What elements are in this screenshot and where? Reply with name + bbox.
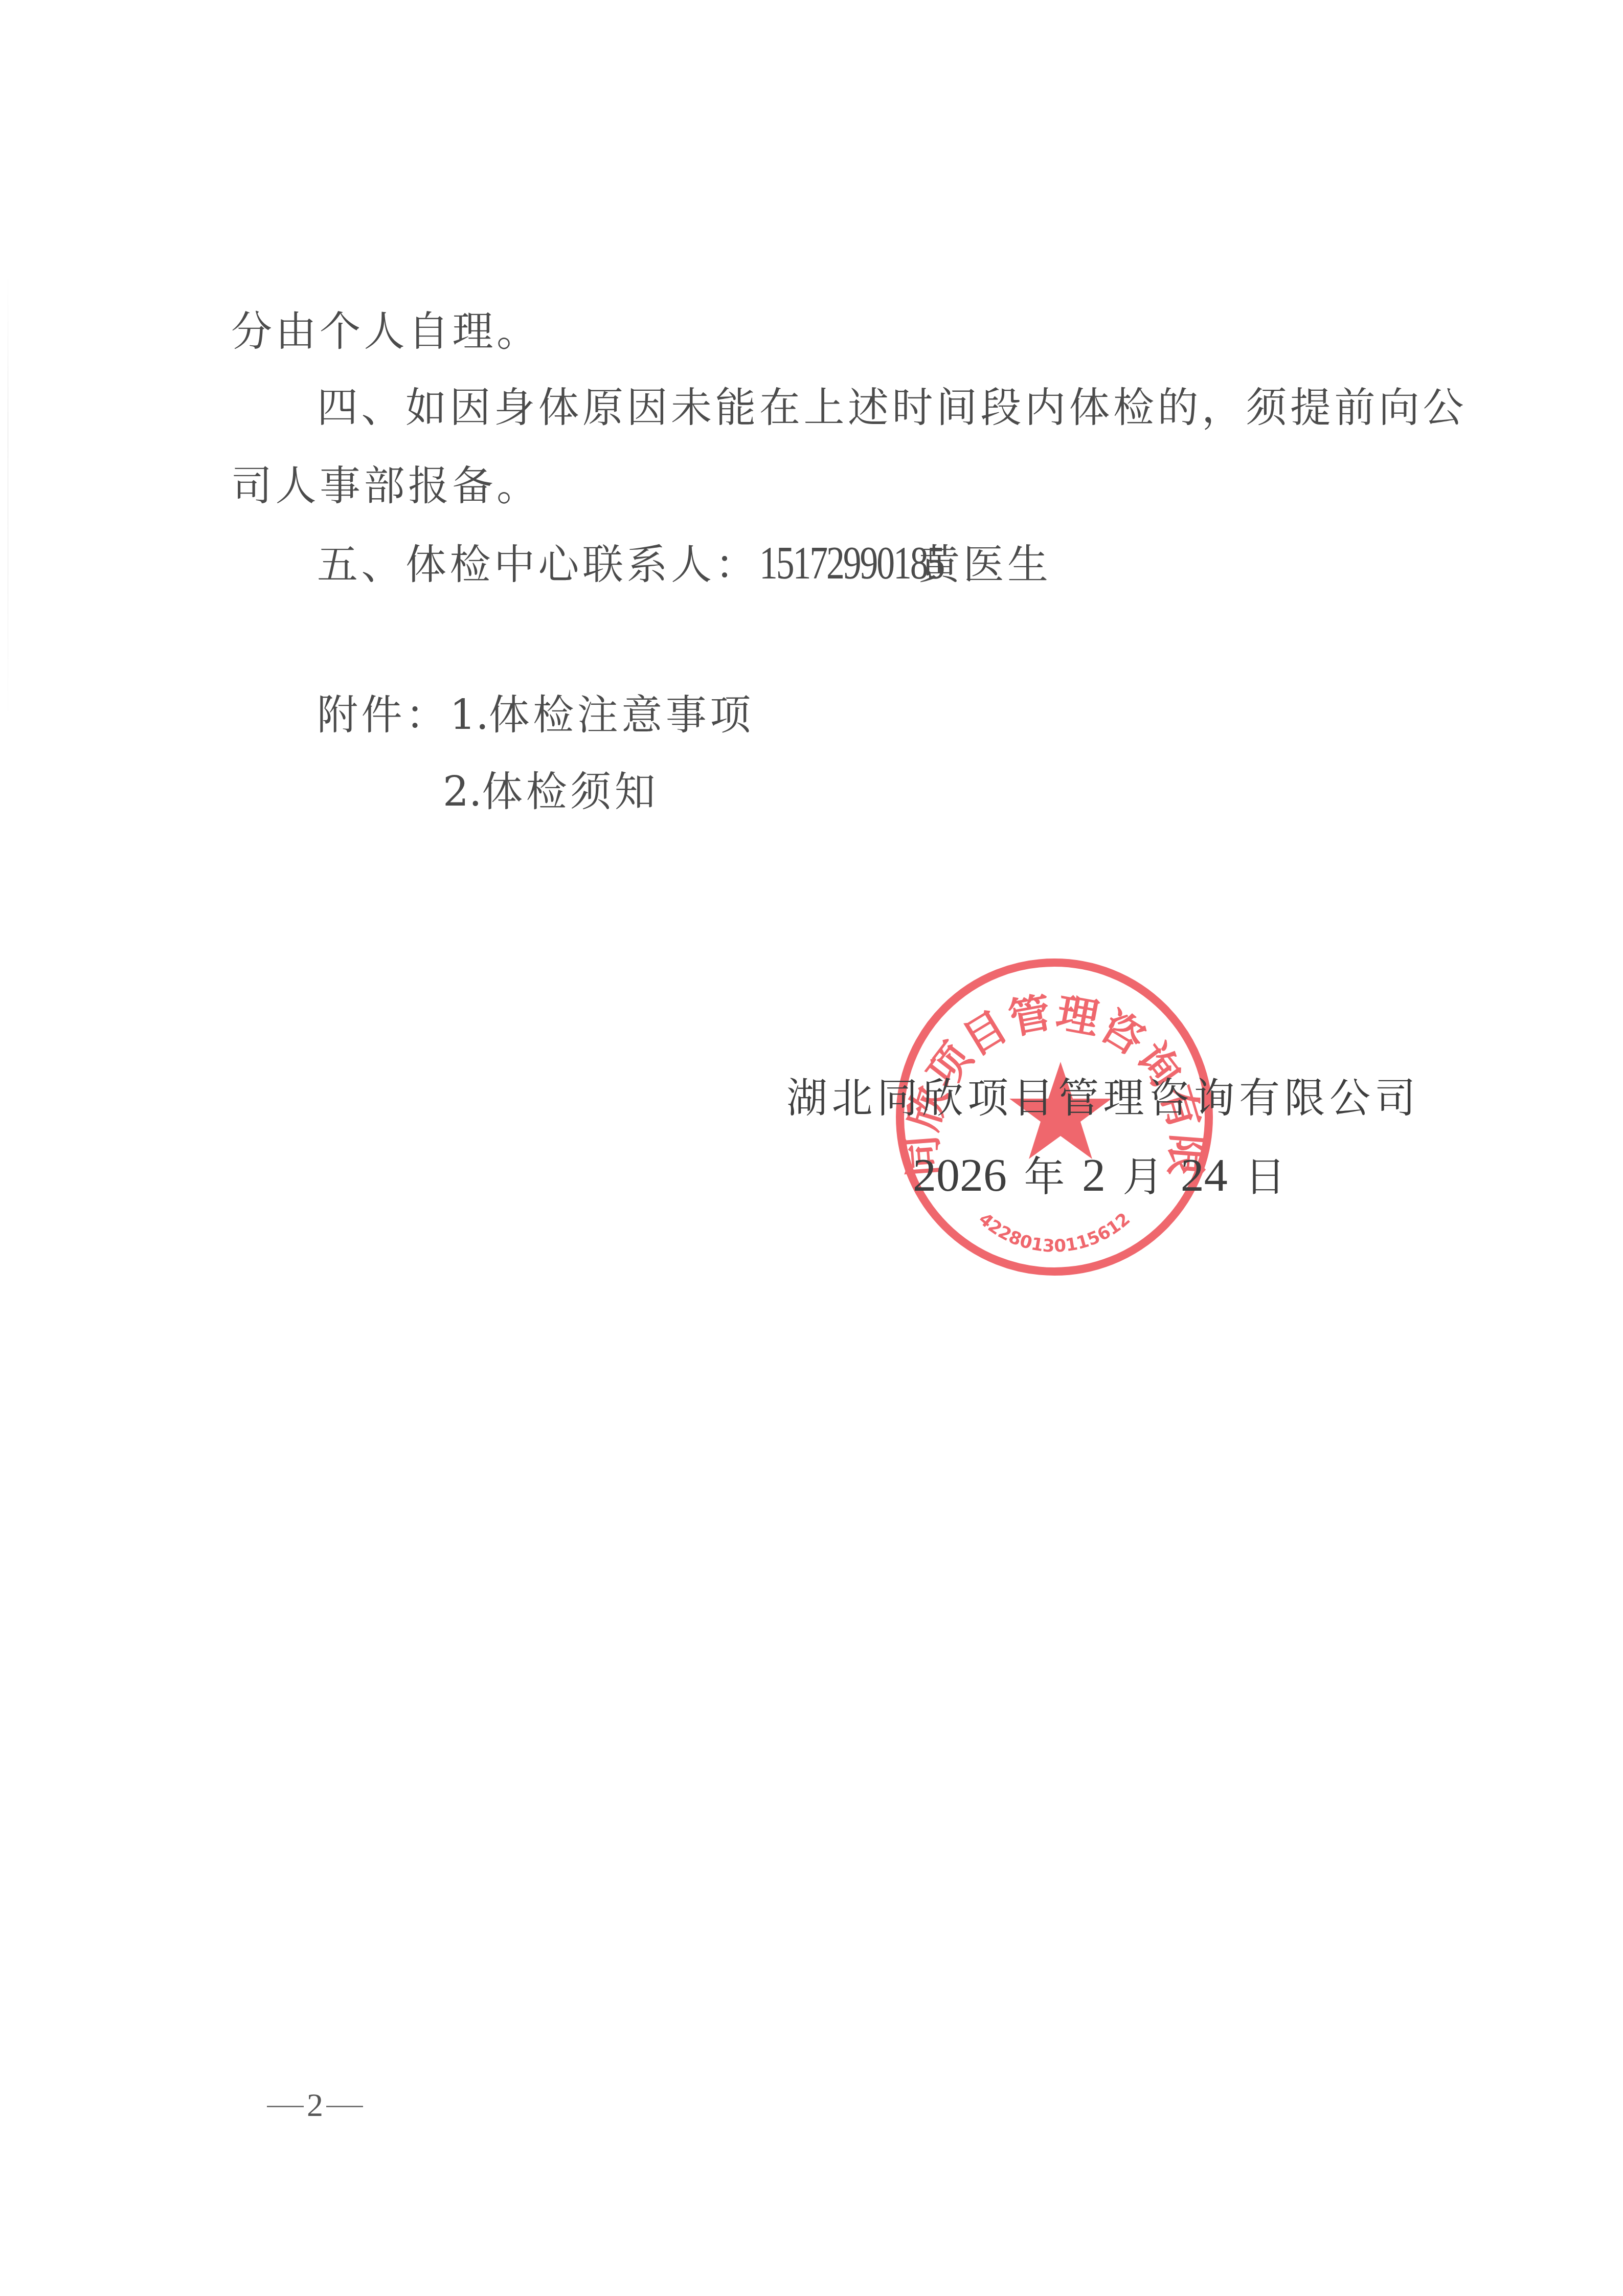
scan-edge-artifact: [7, 266, 9, 726]
paragraph-item-4-cont: 司人事部报备。: [231, 460, 541, 511]
date-month-unit: 月: [1122, 1153, 1163, 1200]
svg-text:42280130115612: 42280130115612: [975, 1209, 1134, 1256]
attachment-1: 附件：1.体检注意事项: [317, 689, 754, 741]
attachment-2: 2.体检须知: [443, 766, 659, 817]
contact-phone: 15172990185: [759, 537, 943, 588]
svg-text:湖北同欣项目管理咨询有限公司: 湖北同欣项目管理咨询有限公司: [891, 953, 1211, 1179]
signature-organization: 湖北同欣项目管理咨询有限公司: [786, 1073, 1420, 1124]
date-day: 24: [1181, 1149, 1228, 1201]
page-number-value: 2: [304, 2090, 326, 2121]
paragraph-text: 四、如因身体原因未能在上述时间段内体检的，须提前向公: [317, 384, 1467, 431]
attachment-title: 体检须知: [482, 768, 659, 815]
date-day-unit: 日: [1245, 1153, 1286, 1200]
paragraph-continuation: 分由个人自理。: [231, 306, 541, 357]
date-month: 2: [1082, 1149, 1106, 1201]
contact-label: 五、体检中心联系人：: [317, 541, 759, 588]
date-year: 2026: [913, 1149, 1007, 1201]
attachment-number: 2.: [443, 768, 482, 815]
paragraph-text: 分由个人自理。: [231, 307, 541, 355]
paragraph-item-5: 五、体检中心联系人：15172990185黄医生: [317, 537, 1052, 590]
date-year-unit: 年: [1024, 1153, 1065, 1200]
paragraph-item-4: 四、如因身体原因未能在上述时间段内体检的，须提前向公: [317, 382, 1467, 433]
page-number-dash-left: [267, 2106, 304, 2107]
page-number-dash-right: [326, 2106, 363, 2107]
attachments-label: 附件：: [317, 691, 450, 739]
paragraph-text: 司人事部报备。: [231, 462, 541, 509]
organization-name: 湖北同欣项目管理咨询有限公司: [786, 1074, 1420, 1122]
signature-date: 2026 年 2 月 24 日: [913, 1149, 1286, 1202]
attachment-title: 体检注意事项: [489, 691, 754, 739]
attachment-number: 1.: [450, 691, 489, 739]
page-number: 2: [267, 2090, 363, 2121]
